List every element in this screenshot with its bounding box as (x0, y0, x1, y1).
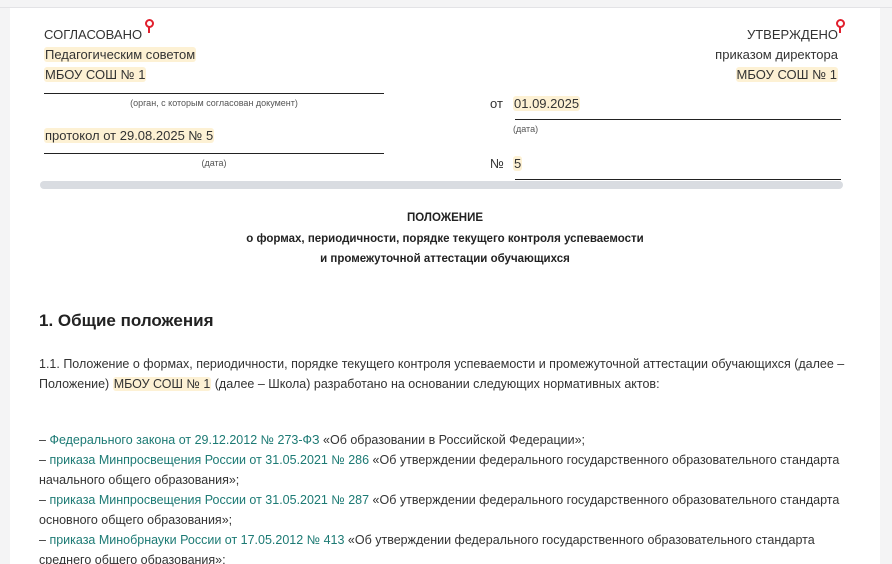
date-prefix: от (490, 94, 503, 114)
approval-heading: СОГЛАСОВАНО (44, 27, 142, 42)
law-link[interactable]: Федерального закона от 29.12.2012 № 273-… (49, 433, 319, 447)
approval-school-field[interactable]: МБОУ СОШ № 1 (44, 67, 146, 82)
number-prefix: № (490, 154, 504, 174)
doc-title: ПОЛОЖЕНИЕ (10, 208, 880, 228)
list-item: – приказа Минпросвещения России от 31.05… (39, 450, 849, 490)
law-link[interactable]: приказа Минпросвещения России от 31.05.2… (49, 453, 369, 467)
underline (44, 153, 384, 154)
underline (515, 179, 841, 180)
list-item: – Федерального закона от 29.12.2012 № 27… (39, 430, 849, 450)
underline (44, 93, 384, 94)
date-field[interactable]: 01.09.2025 (513, 96, 580, 111)
doc-subtitle-1: о формах, периодичности, порядке текущег… (10, 229, 880, 249)
pin-icon[interactable] (835, 19, 845, 33)
doc-subtitle-2: и промежуточной аттестации обучающихся (10, 249, 880, 269)
number-field[interactable]: 5 (513, 156, 522, 171)
approval-body-field[interactable]: Педагогическим советом (44, 47, 196, 62)
date-caption: (дата) (513, 122, 538, 136)
school-name-field[interactable]: МБОУ СОШ № 1 (113, 377, 212, 391)
pin-icon[interactable] (144, 19, 154, 33)
protocol-caption: (дата) (44, 156, 384, 170)
law-link[interactable]: приказа Минобрнауки России от 17.05.2012… (49, 533, 344, 547)
top-bar (0, 0, 892, 8)
approved-order-text: приказом директора (715, 45, 838, 65)
approved-block: УТВЕРЖДЕНО приказом директора МБОУ СОШ №… (715, 25, 838, 85)
approval-block: СОГЛАСОВАНО Педагогическим советом МБОУ … (44, 25, 384, 170)
underline (515, 119, 841, 120)
law-link[interactable]: приказа Минпросвещения России от 31.05.2… (49, 493, 369, 507)
list-item: – приказа Минпросвещения России от 31.05… (39, 490, 849, 530)
document-page: СОГЛАСОВАНО Педагогическим советом МБОУ … (10, 8, 880, 564)
section-heading: 1. Общие положения (39, 311, 213, 331)
acts-list: – Федерального закона от 29.12.2012 № 27… (39, 430, 849, 564)
paragraph-text: (далее – Школа) разработано на основании… (211, 377, 659, 391)
list-item: – приказа Минобрнауки России от 17.05.20… (39, 530, 849, 564)
approved-heading: УТВЕРЖДЕНО (747, 27, 838, 42)
approved-school-field[interactable]: МБОУ СОШ № 1 (736, 67, 838, 82)
paragraph-1-1: 1.1. Положение о формах, периодичности, … (39, 354, 849, 394)
horizontal-scrollbar[interactable] (40, 181, 843, 189)
approval-body-caption: (орган, с которым согласован документ) (44, 96, 384, 110)
protocol-field[interactable]: протокол от 29.08.2025 № 5 (44, 128, 214, 143)
